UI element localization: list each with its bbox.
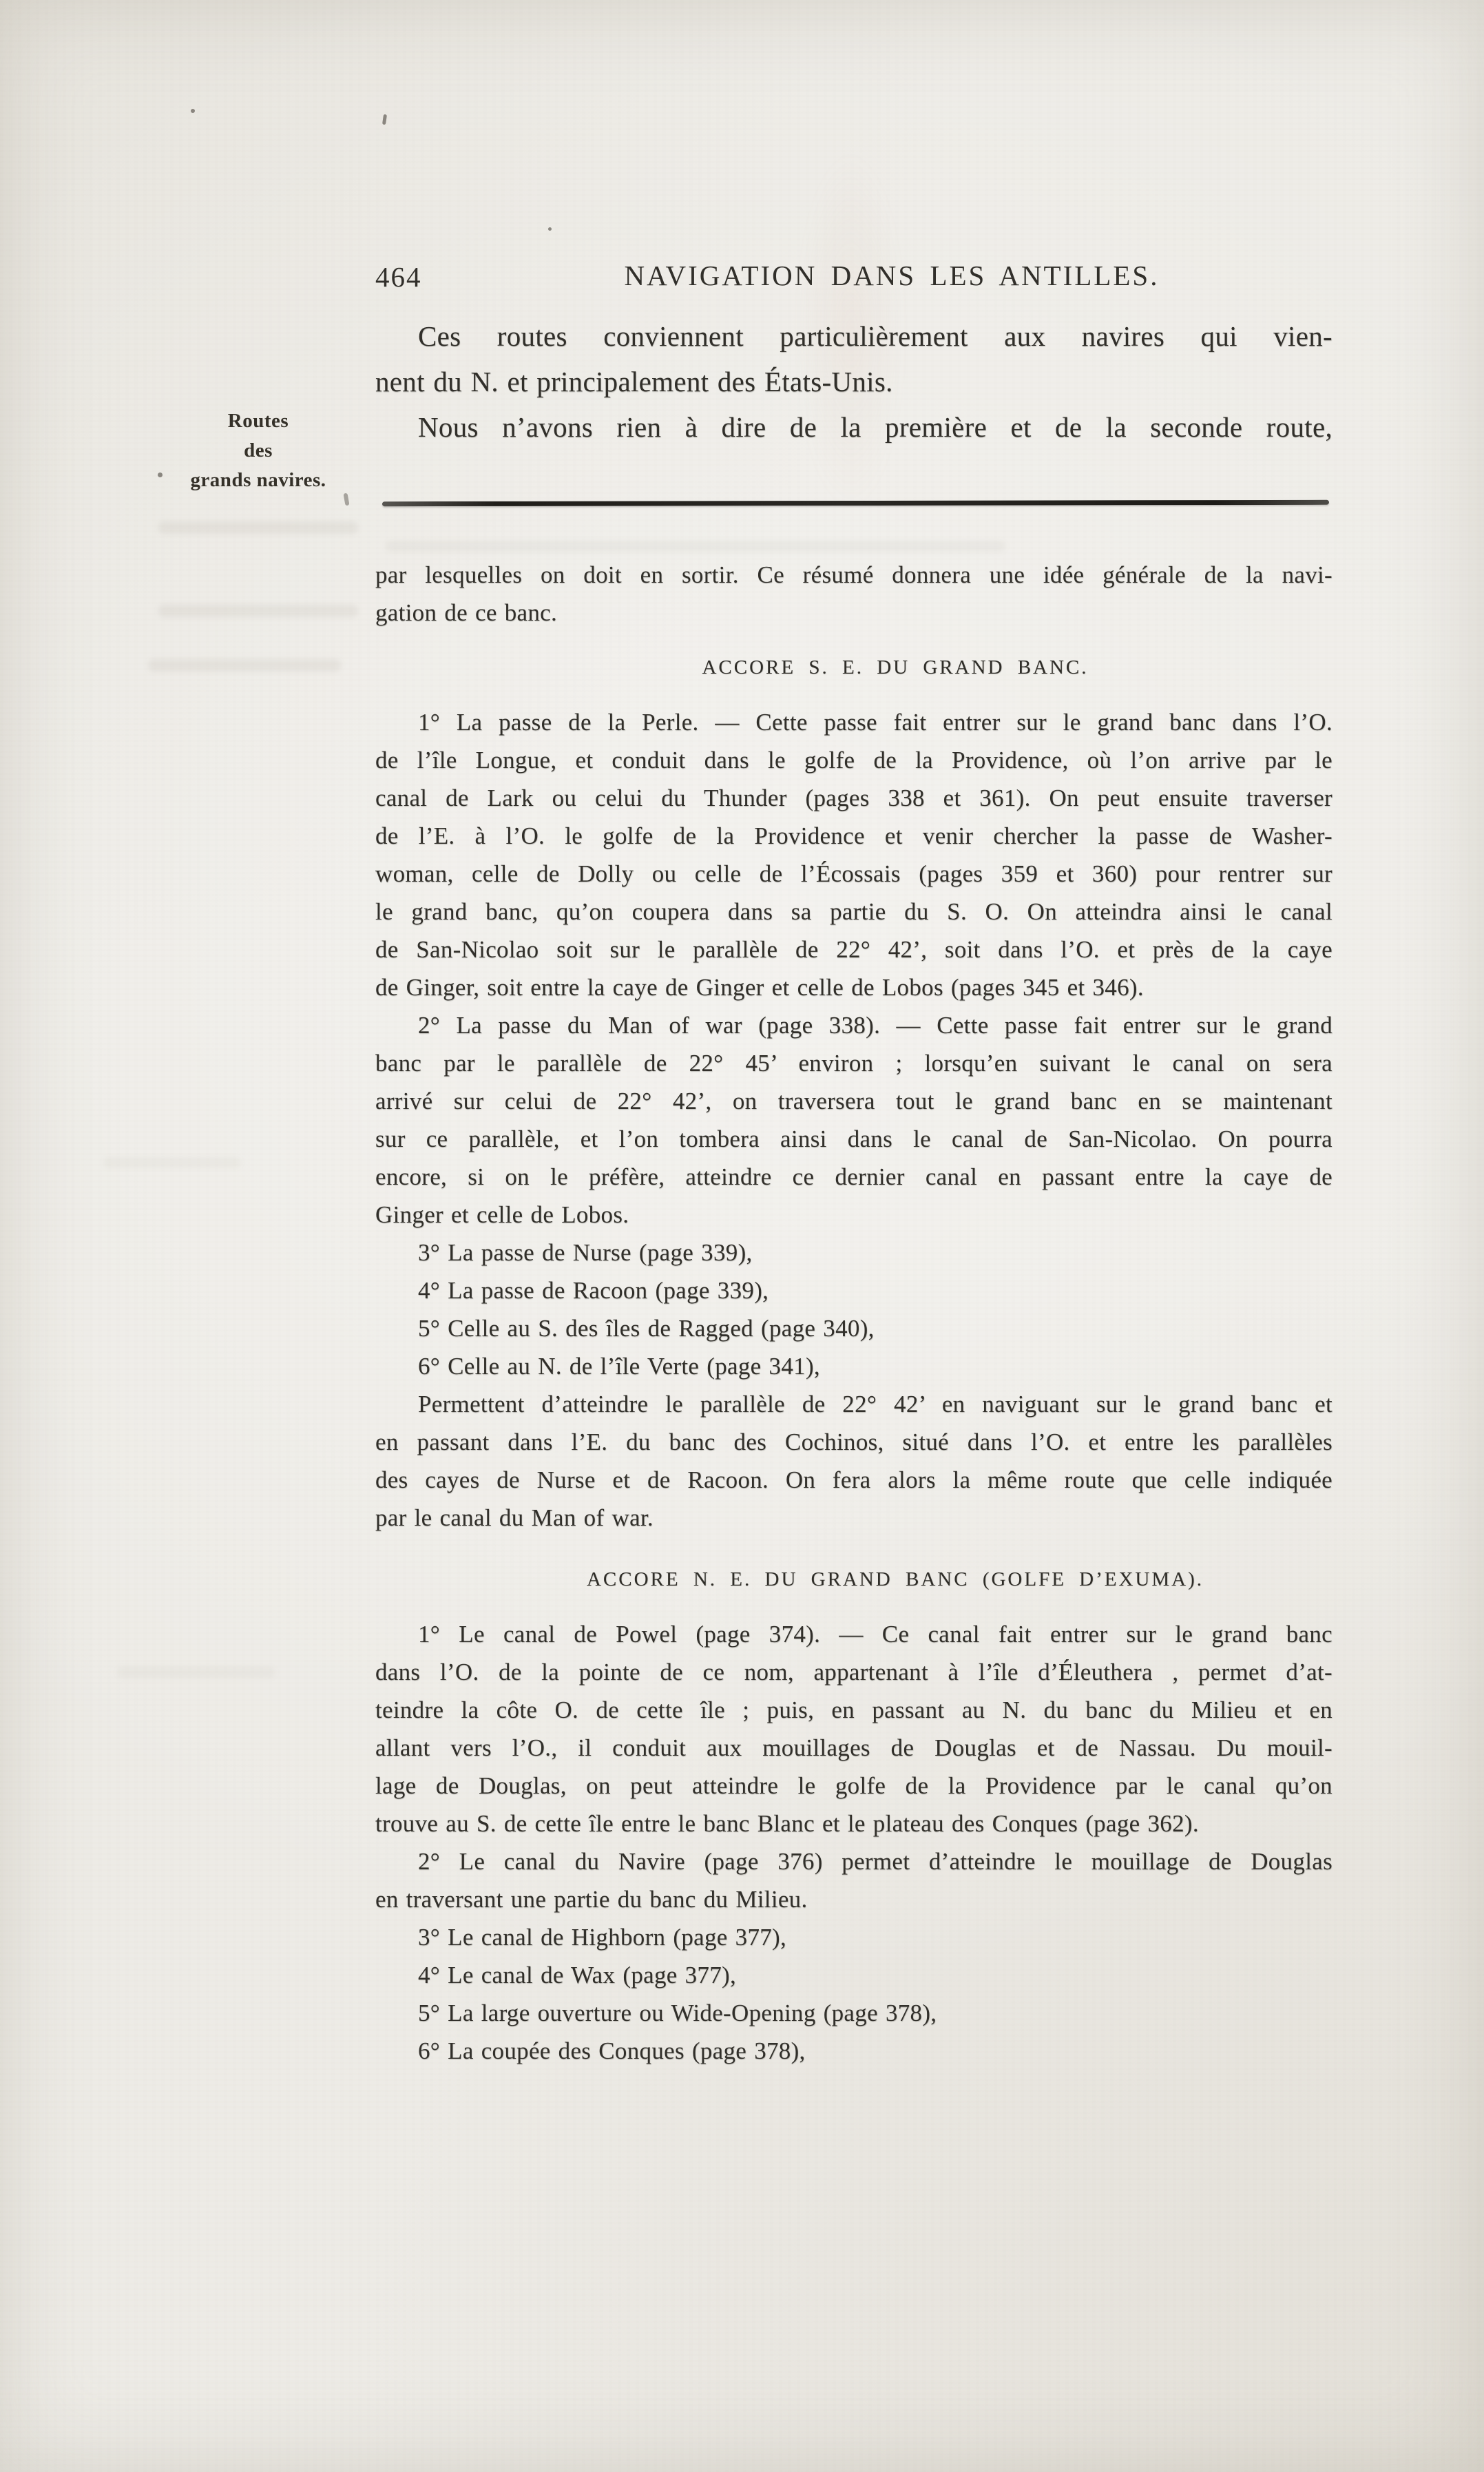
text-line: de l’île Longue, et conduit dans le golf… bbox=[375, 741, 1333, 779]
text-line: 1° La passe de la Perle. — Cette passe f… bbox=[375, 703, 1333, 741]
margin-note: Routes des grands navires. bbox=[155, 406, 362, 495]
page-number: 464 bbox=[375, 260, 422, 293]
scan-speck bbox=[548, 227, 552, 231]
text-line: encore, si on le préfère, atteindre ce d… bbox=[375, 1158, 1333, 1196]
text-line: woman, celle de Dolly ou celle de l’Écos… bbox=[375, 855, 1333, 893]
numbered-list: 3° Le canal de Highborn (page 377), 4° L… bbox=[375, 1918, 1333, 2070]
text-line: 1° Le canal de Powel (page 374). — Ce ca… bbox=[375, 1615, 1333, 1653]
text-line: de l’E. à l’O. le golfe de la Providence… bbox=[375, 817, 1333, 855]
page-header: 464 NAVIGATION DANS LES ANTILLES. bbox=[375, 259, 1333, 295]
text-line: Ginger et celle de Lobos. bbox=[375, 1196, 1333, 1234]
text-line: nent du N. et principalement des États-U… bbox=[375, 359, 1333, 404]
list-item: 4° Le canal de Wax (page 377), bbox=[375, 1956, 1333, 1994]
section-heading: ACCORE S. E. DU GRAND BANC. bbox=[375, 652, 1333, 683]
margin-note-line: grands navires. bbox=[155, 466, 362, 495]
text-line: Permettent d’atteindre le parallèle de 2… bbox=[375, 1385, 1333, 1423]
list-item: 3° Le canal de Highborn (page 377), bbox=[375, 1918, 1333, 1956]
text-line: en passant dans l’E. du banc des Cochino… bbox=[375, 1423, 1333, 1461]
margin-note-line: des bbox=[155, 436, 362, 466]
bleed-through-mark bbox=[158, 605, 358, 617]
bleed-through-mark bbox=[158, 521, 358, 534]
text-line: en traversant une partie du banc du Mili… bbox=[375, 1880, 1333, 1918]
text-line: Ces routes conviennent particulièrement … bbox=[375, 313, 1333, 359]
list-item: 6° Celle au N. de l’île Verte (page 341)… bbox=[375, 1347, 1333, 1385]
text-line: 2° Le canal du Navire (page 376) permet … bbox=[375, 1842, 1333, 1880]
text-line: trouve au S. de cette île entre le banc … bbox=[375, 1805, 1333, 1842]
list-item: 3° La passe de Nurse (page 339), bbox=[375, 1234, 1333, 1271]
text-line: le grand banc, qu’on coupera dans sa par… bbox=[375, 893, 1333, 931]
list-item: 6° La coupée des Conques (page 378), bbox=[375, 2032, 1333, 2070]
text-line: teindre la côte O. de cette île ; puis, … bbox=[375, 1691, 1333, 1729]
paragraph: Permettent d’atteindre le parallèle de 2… bbox=[375, 1385, 1333, 1537]
text-line: par le canal du Man of war. bbox=[375, 1499, 1333, 1537]
numbered-list: 3° La passe de Nurse (page 339), 4° La p… bbox=[375, 1234, 1333, 1385]
section-divider-rule bbox=[382, 500, 1329, 506]
paragraph: 2° La passe du Man of war (page 338). — … bbox=[375, 1006, 1333, 1234]
text-column: Ces routes conviennent particulièrement … bbox=[375, 313, 1333, 2070]
text-line: banc par le parallèle de 22° 45’ environ… bbox=[375, 1044, 1333, 1082]
list-item: 4° La passe de Racoon (page 339), bbox=[375, 1271, 1333, 1309]
text-line: des cayes de Nurse et de Racoon. On fera… bbox=[375, 1461, 1333, 1499]
text-line: sur ce parallèle, et l’on tombera ainsi … bbox=[375, 1120, 1333, 1158]
bleed-through-mark bbox=[103, 1157, 241, 1168]
list-item: 5° Celle au S. des îles de Ragged (page … bbox=[375, 1309, 1333, 1347]
text-line: dans l’O. de la pointe de ce nom, appart… bbox=[375, 1653, 1333, 1691]
summary-paragraph: par lesquelles on doit en sortir. Ce rés… bbox=[375, 556, 1333, 632]
scan-speck bbox=[382, 114, 387, 125]
intro-paragraph: Ces routes conviennent particulièrement … bbox=[375, 313, 1333, 404]
text-line: lage de Douglas, on peut atteindre le go… bbox=[375, 1767, 1333, 1805]
running-title: NAVIGATION DANS LES ANTILLES. bbox=[375, 259, 1333, 292]
intro-paragraph: Nous n’avons rien à dire de la première … bbox=[375, 404, 1333, 450]
paragraph: 1° La passe de la Perle. — Cette passe f… bbox=[375, 703, 1333, 1006]
scanned-book-page: 464 NAVIGATION DANS LES ANTILLES. Routes… bbox=[0, 0, 1484, 2472]
text-line: arrivé sur celui de 22° 42’, on traverse… bbox=[375, 1082, 1333, 1120]
list-item: 5° La large ouverture ou Wide-Opening (p… bbox=[375, 1994, 1333, 2032]
text-line: canal de Lark ou celui du Thunder (pages… bbox=[375, 779, 1333, 817]
text-line: allant vers l’O., il conduit aux mouilla… bbox=[375, 1729, 1333, 1767]
bleed-through-mark bbox=[148, 659, 341, 672]
text-line: par lesquelles on doit en sortir. Ce rés… bbox=[375, 556, 1333, 594]
paragraph: 2° Le canal du Navire (page 376) permet … bbox=[375, 1842, 1333, 1918]
text-line: Nous n’avons rien à dire de la première … bbox=[375, 404, 1333, 450]
text-line: gation de ce banc. bbox=[375, 594, 1333, 632]
bleed-through-mark bbox=[117, 1667, 275, 1678]
paragraph: 1° Le canal de Powel (page 374). — Ce ca… bbox=[375, 1615, 1333, 1842]
text-line: de San-Nicolao soit sur le parallèle de … bbox=[375, 931, 1333, 968]
scan-speck bbox=[191, 109, 195, 113]
text-line: de Ginger, soit entre la caye de Ginger … bbox=[375, 968, 1333, 1006]
section-heading: ACCORE N. E. DU GRAND BANC (GOLFE D’EXUM… bbox=[375, 1564, 1333, 1595]
margin-note-line: Routes bbox=[155, 406, 362, 436]
text-line: 2° La passe du Man of war (page 338). — … bbox=[375, 1006, 1333, 1044]
